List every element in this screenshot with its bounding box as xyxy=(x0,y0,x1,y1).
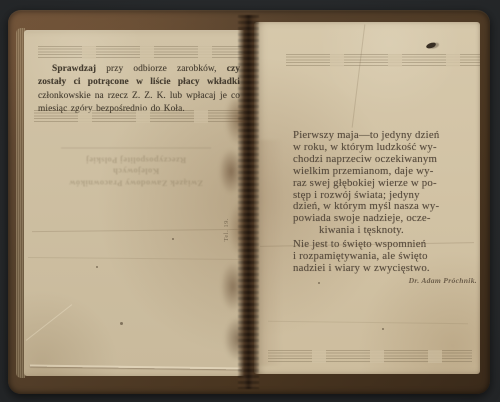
fold-crease xyxy=(30,365,242,369)
photo-background: Sprawdzaj przy odbiorze zarobków, czy zo… xyxy=(0,0,500,402)
speck xyxy=(120,322,123,325)
crease xyxy=(268,321,468,324)
notice-segment: przy odbiorze zarobków, xyxy=(96,64,227,74)
author-signature: Dr. Adam Próchnik. xyxy=(293,276,487,285)
paragraph-line: raz swej głębokiej wierze w po- xyxy=(293,178,477,190)
speck xyxy=(96,266,98,268)
crease xyxy=(28,257,244,260)
notice-segment-bold: Sprawdzaj xyxy=(52,64,96,74)
show-through-line: Rzeczypospolitej Polskiej xyxy=(32,154,240,166)
speck xyxy=(172,238,174,240)
paragraph-line: nadziei i wiary w zwycięstwo. xyxy=(293,263,477,275)
paragraph-line: kiwania i tęsknoty. xyxy=(293,225,477,237)
paragraph-line: wielkim przemianom, daje wy- xyxy=(293,166,477,178)
ink-blot xyxy=(426,42,437,49)
ruled-band-bottom xyxy=(268,350,472,363)
right-page: Pierwszy maja—to jedyny dzień w roku, w … xyxy=(254,22,480,374)
show-through-text: Związek Zawodowy Pracowników Kolejowych … xyxy=(32,148,240,189)
crease xyxy=(32,229,244,232)
booklet-cover: Sprawdzaj przy odbiorze zarobków, czy zo… xyxy=(8,10,490,394)
speck xyxy=(382,328,384,330)
left-page: Sprawdzaj przy odbiorze zarobków, czy zo… xyxy=(24,30,252,376)
show-through-line: Związek Zawodowy Pracowników xyxy=(32,177,240,189)
corner-fold xyxy=(26,304,72,340)
ruled-band-top xyxy=(38,46,248,59)
paragraph-line: chodzi naprzeciw oczekiwanym xyxy=(293,154,477,166)
speck xyxy=(318,282,320,284)
spine xyxy=(238,15,259,389)
show-through-line: Kolejowych xyxy=(32,166,240,178)
show-through-rule xyxy=(61,148,211,149)
notice-paragraph: Sprawdzaj przy odbiorze zarobków, czy zo… xyxy=(38,63,240,117)
crease xyxy=(352,24,366,127)
may-day-paragraph: Pierwszy maja—to jedyny dzień w roku, w … xyxy=(293,130,477,237)
ruled-band-top xyxy=(286,54,480,67)
